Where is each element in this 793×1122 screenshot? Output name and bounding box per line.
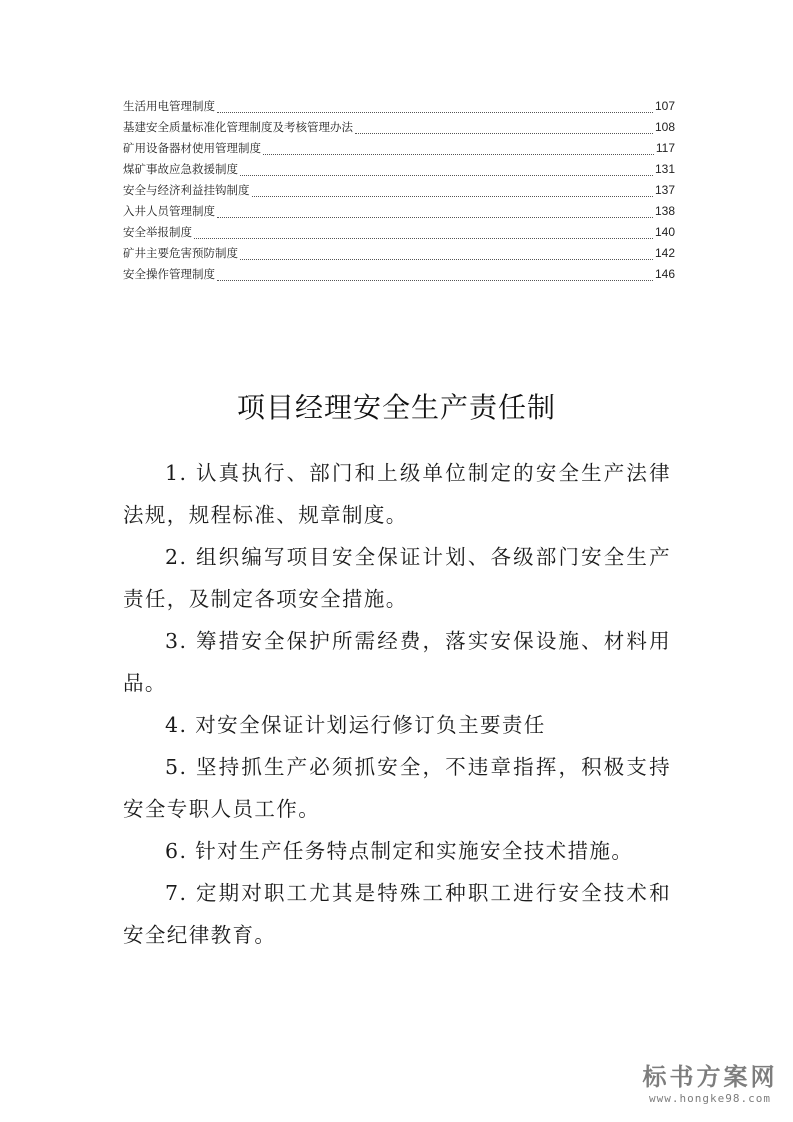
toc-entry-label: 入井人员管理制度 bbox=[123, 201, 217, 222]
toc-entry-label: 安全举报制度 bbox=[123, 222, 194, 243]
watermark-brand: 标书方案网 bbox=[630, 1062, 790, 1092]
section-title: 项目经理安全生产责任制 bbox=[0, 386, 793, 426]
toc-entry[interactable]: 基建安全质量标准化管理制度及考核管理办法108 bbox=[123, 117, 675, 138]
toc-entry-page: 146 bbox=[655, 264, 675, 285]
dot-leader bbox=[217, 217, 653, 218]
dot-leader bbox=[240, 175, 653, 176]
toc-entry-label: 矿用设备器材使用管理制度 bbox=[123, 138, 263, 159]
toc-entry[interactable]: 生活用电管理制度107 bbox=[123, 96, 675, 117]
paragraph-item-6: 6. 针对生产任务特点制定和实施安全技术措施。 bbox=[123, 830, 671, 872]
dot-leader bbox=[217, 112, 653, 113]
toc-entry[interactable]: 安全与经济利益挂钩制度137 bbox=[123, 180, 675, 201]
dot-leader bbox=[263, 154, 654, 155]
toc-entry[interactable]: 入井人员管理制度138 bbox=[123, 201, 675, 222]
toc-entry-page: 142 bbox=[655, 243, 675, 264]
paragraph-item-3: 3. 筹措安全保护所需经费，落实安保设施、材料用品。 bbox=[123, 620, 671, 704]
dot-leader bbox=[252, 196, 653, 197]
toc-entry-page: 137 bbox=[655, 180, 675, 201]
toc-entry[interactable]: 安全操作管理制度146 bbox=[123, 264, 675, 285]
paragraph-item-1: 1. 认真执行、部门和上级单位制定的安全生产法律法规，规程标准、规章制度。 bbox=[123, 452, 671, 536]
toc-entry-label: 矿井主要危害预防制度 bbox=[123, 243, 240, 264]
dot-leader bbox=[194, 238, 653, 239]
toc-entry-page: 140 bbox=[655, 222, 675, 243]
dot-leader bbox=[355, 133, 653, 134]
toc-entry-label: 安全操作管理制度 bbox=[123, 264, 217, 285]
toc-entry[interactable]: 矿井主要危害预防制度142 bbox=[123, 243, 675, 264]
watermark-url: www.hongke98.com bbox=[630, 1092, 790, 1105]
toc-entry-page: 131 bbox=[655, 159, 675, 180]
watermark-logo: 标书方案网 www.hongke98.com bbox=[630, 1062, 790, 1105]
toc-entry-page: 108 bbox=[655, 117, 675, 138]
table-of-contents: 生活用电管理制度107 基建安全质量标准化管理制度及考核管理办法108 矿用设备… bbox=[123, 96, 675, 285]
dot-leader bbox=[240, 259, 653, 260]
toc-entry[interactable]: 安全举报制度140 bbox=[123, 222, 675, 243]
toc-entry-label: 基建安全质量标准化管理制度及考核管理办法 bbox=[123, 117, 355, 138]
dot-leader bbox=[217, 280, 653, 281]
toc-entry-page: 107 bbox=[655, 96, 675, 117]
paragraph-item-5: 5. 坚持抓生产必须抓安全，不违章指挥，积极支持安全专职人员工作。 bbox=[123, 746, 671, 830]
paragraph-item-4: 4. 对安全保证计划运行修订负主要责任 bbox=[123, 704, 671, 746]
toc-entry-page: 138 bbox=[655, 201, 675, 222]
toc-entry-page: 117 bbox=[656, 138, 675, 159]
toc-entry-label: 生活用电管理制度 bbox=[123, 96, 217, 117]
toc-entry-label: 安全与经济利益挂钩制度 bbox=[123, 180, 252, 201]
toc-entry[interactable]: 矿用设备器材使用管理制度117 bbox=[123, 138, 675, 159]
toc-entry[interactable]: 煤矿事故应急救援制度131 bbox=[123, 159, 675, 180]
toc-entry-label: 煤矿事故应急救援制度 bbox=[123, 159, 240, 180]
paragraph-item-7: 7. 定期对职工尤其是特殊工种职工进行安全技术和安全纪律教育。 bbox=[123, 872, 671, 956]
section-body: 1. 认真执行、部门和上级单位制定的安全生产法律法规，规程标准、规章制度。 2.… bbox=[123, 452, 671, 956]
paragraph-item-2: 2. 组织编写项目安全保证计划、各级部门安全生产责任，及制定各项安全措施。 bbox=[123, 536, 671, 620]
